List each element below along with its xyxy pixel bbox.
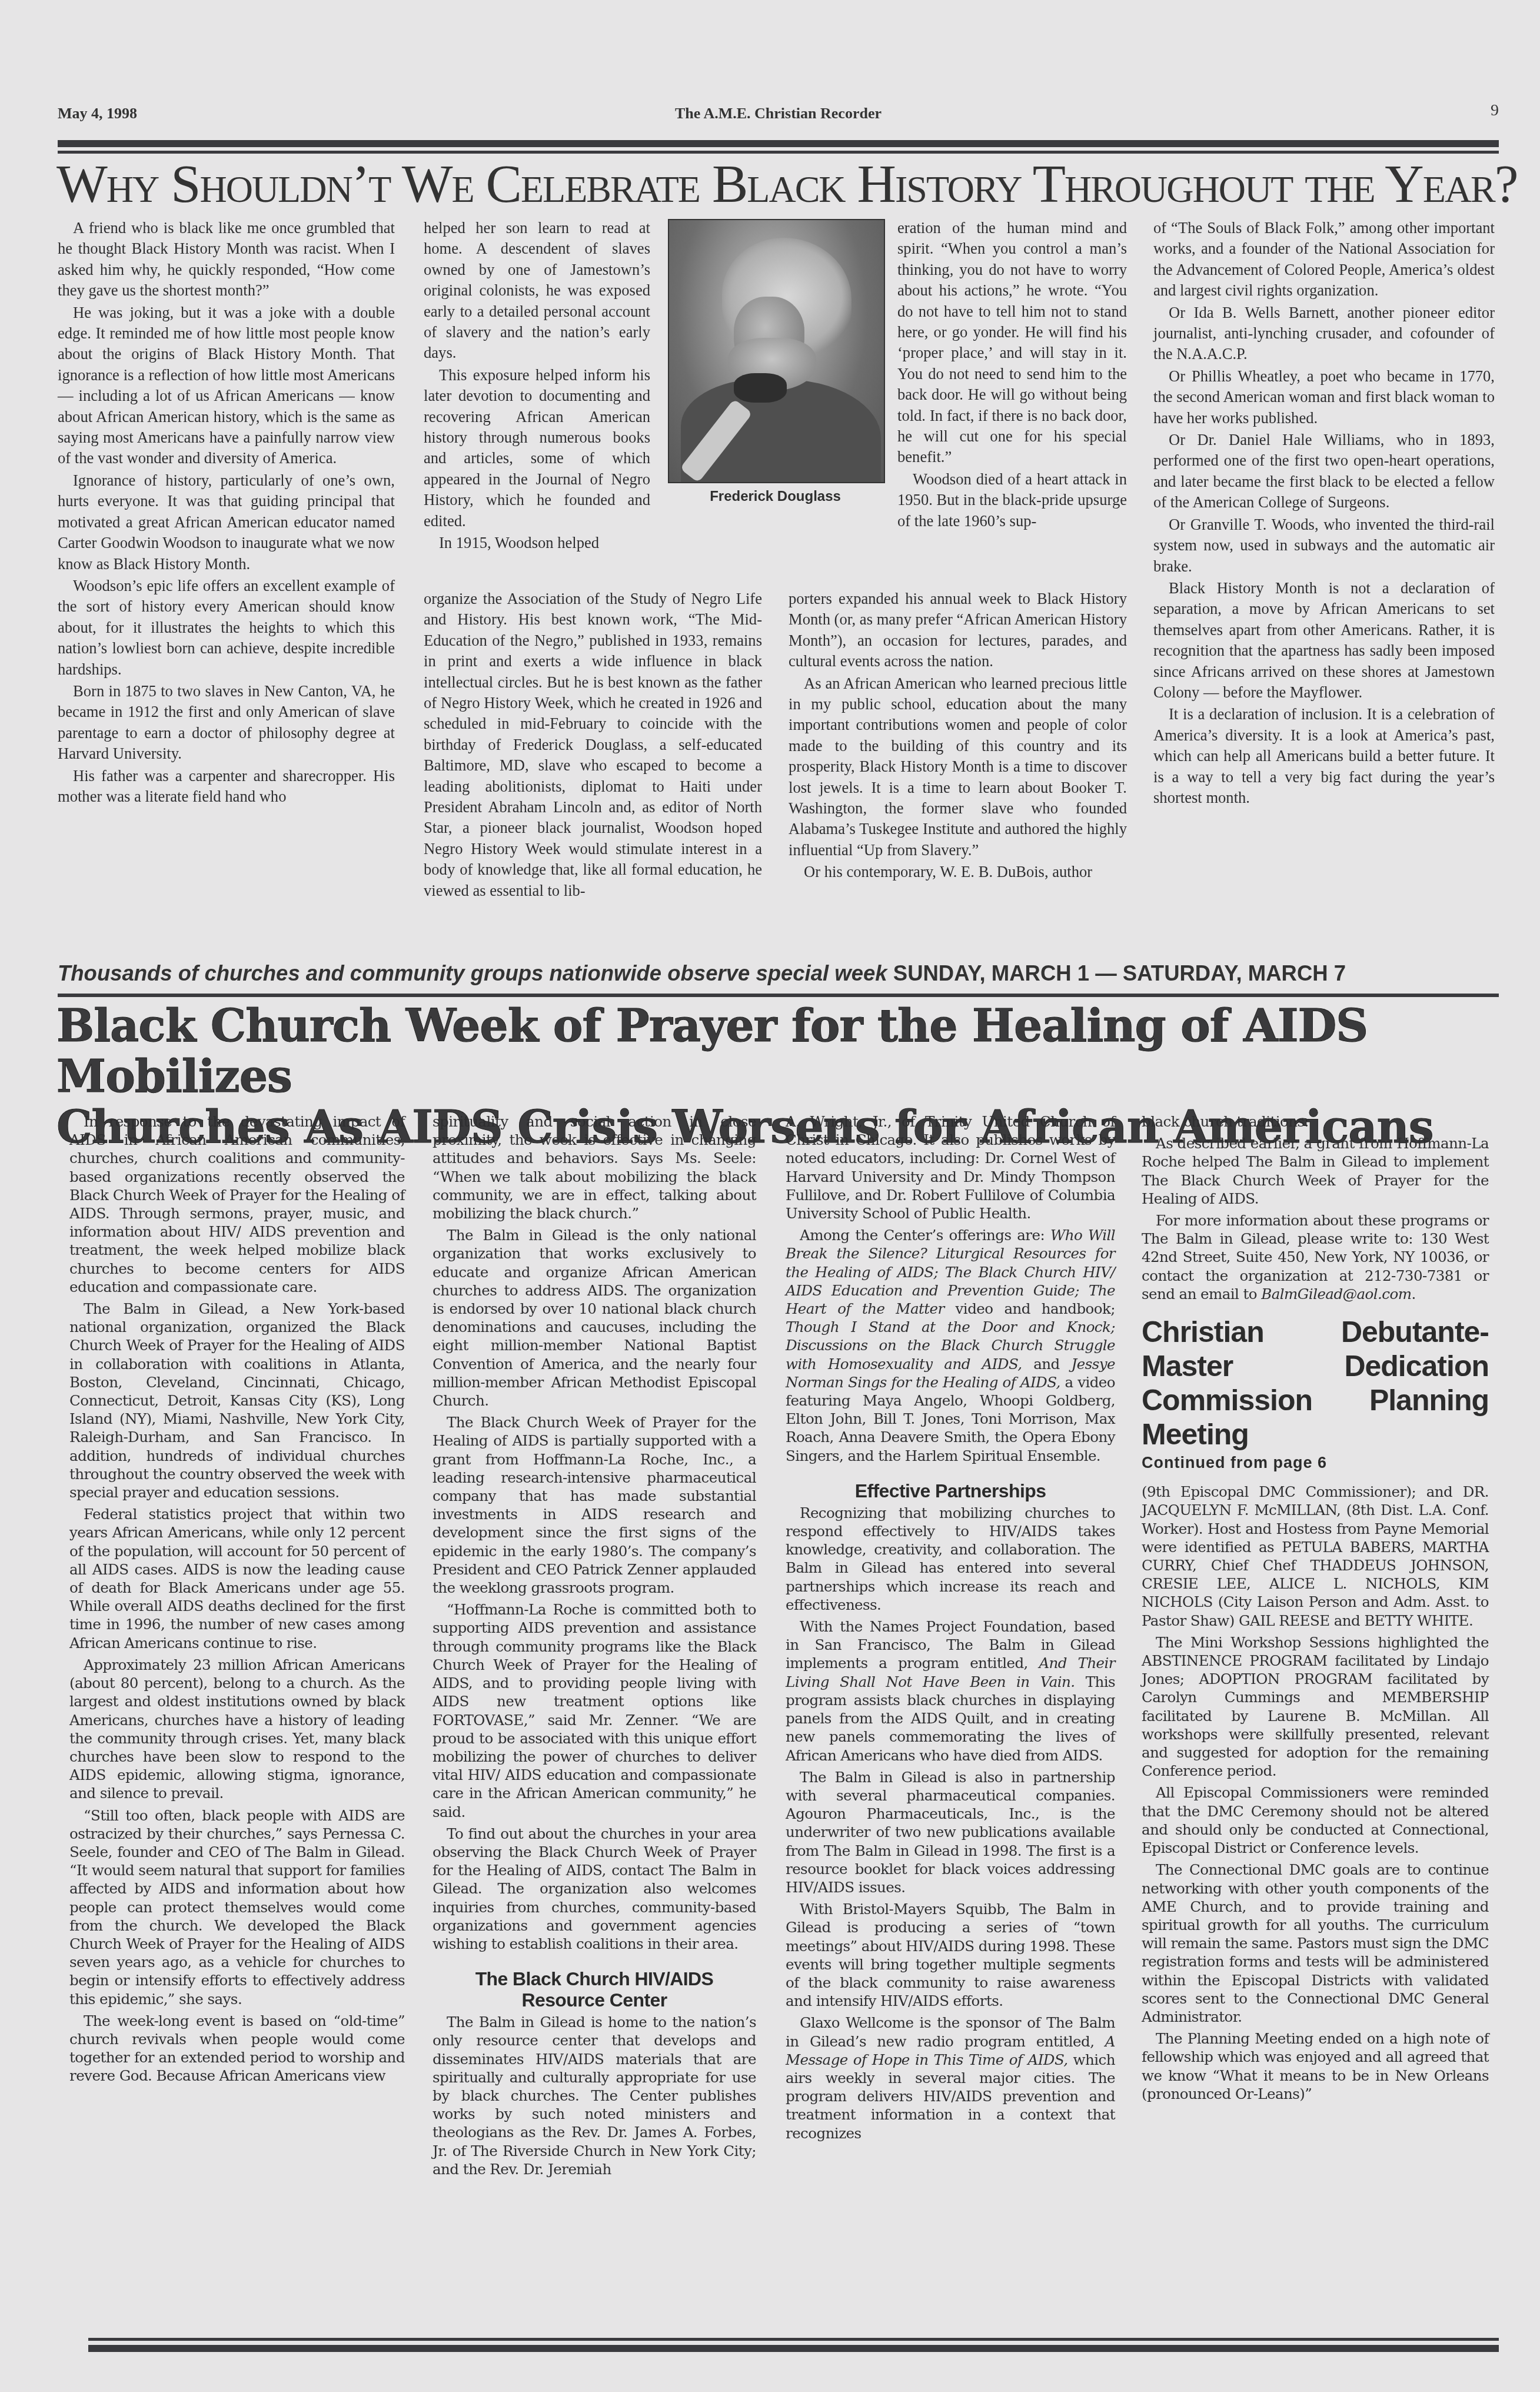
paragraph: To find out about the churches in your a… xyxy=(433,1825,756,1953)
paragraph: A. Wright, Jr., of Trinity United Church… xyxy=(786,1112,1115,1222)
partnerships-subhead: Effective Partnerships xyxy=(786,1480,1115,1501)
paragraph: Born in 1875 to two slaves in New Canton… xyxy=(58,681,395,765)
paragraph: porters expanded his annual week to Blac… xyxy=(789,589,1127,672)
paragraph: “Hoffmann-La Roche is committed both to … xyxy=(433,1600,756,1820)
paragraph: The Balm in Gilead is the only national … xyxy=(433,1226,756,1410)
paragraph: organize the Association of the Study of… xyxy=(424,589,762,901)
paragraph: The Black Church Week of Prayer for the … xyxy=(433,1413,756,1597)
text: and xyxy=(1022,1356,1072,1373)
paragraph: Federal statistics project that within t… xyxy=(69,1505,405,1652)
paragraph: Or Dr. Daniel Hale Williams, who in 1893… xyxy=(1153,430,1495,513)
article1-column-3: eration of the human mind and spirit. “W… xyxy=(897,218,1127,533)
paragraph: This exposure helped inform his later de… xyxy=(424,365,650,531)
text: Among the Center’s offerings are: xyxy=(800,1227,1050,1244)
paragraph: In 1915, Woodson helped xyxy=(424,533,650,553)
running-header: May 4, 1998 The A.M.E. Christian Recorde… xyxy=(58,105,1499,128)
paragraph: Black History Month is not a declaration… xyxy=(1153,578,1495,703)
paragraph: black church traditions. xyxy=(1142,1112,1489,1131)
article1-column-1: A friend who is black like me once grumb… xyxy=(58,218,395,808)
paragraph: Approximately 23 million African America… xyxy=(69,1656,405,1803)
contact-paragraph: For more information about these program… xyxy=(1142,1211,1489,1303)
frederick-douglass-portrait-photo xyxy=(668,219,885,483)
paragraph: The Planning Meeting ended on a high not… xyxy=(1142,2029,1489,2103)
paragraph: He was joking, but it was a joke with a … xyxy=(58,303,395,469)
offerings-paragraph: Among the Center’s offerings are: Who Wi… xyxy=(786,1226,1115,1465)
article1-column-4: of “The Souls of Black Folk,” among othe… xyxy=(1153,218,1495,809)
paragraph: His father was a carpenter and sharecrop… xyxy=(58,766,395,808)
paragraph: Glaxo Wellcome is the sponsor of The Bal… xyxy=(786,2014,1115,2142)
article2-column-2: spirituality and social action in close … xyxy=(433,1112,756,2182)
paragraph: Or Phillis Wheatley, a poet who became i… xyxy=(1153,366,1495,428)
kicker-italic: Thousands of churches and community grou… xyxy=(58,961,887,985)
article3-headline: Christian Debutante-Master Dedication Co… xyxy=(1142,1315,1489,1451)
article1-column-2b: organize the Association of the Study of… xyxy=(424,589,762,902)
paragraph: With Bristol-Mayers Squibb, The Balm in … xyxy=(786,1900,1115,2010)
text: video and handbook; xyxy=(944,1300,1115,1317)
paragraph: The Mini Workshop Sessions highlighted t… xyxy=(1142,1633,1489,1780)
article2-column-4: black church traditions. As described ea… xyxy=(1142,1112,1489,2107)
paragraph: As described earlier, a grant from Hoffm… xyxy=(1142,1134,1489,1208)
paragraph: The week-long event is based on “old-tim… xyxy=(69,2012,405,2085)
paragraph: Or his contemporary, W. E. B. DuBois, au… xyxy=(789,862,1127,882)
paragraph: Or Granville T. Woods, who invented the … xyxy=(1153,514,1495,577)
photo-caption: Frederick Douglass xyxy=(668,489,883,505)
article1-headline: Why Shouldn’t We Celebrate Black History… xyxy=(56,154,1499,213)
paragraph: As an African American who learned preci… xyxy=(789,673,1127,861)
paragraph: Recognizing that mobilizing churches to … xyxy=(786,1504,1115,1614)
paragraph: of “The Souls of Black Folk,” among othe… xyxy=(1153,218,1495,301)
resource-center-subhead: The Black Church HIV/AIDS Resource Cente… xyxy=(433,1968,756,2011)
kicker-rule xyxy=(58,994,1499,997)
footer-rule-thick xyxy=(88,2345,1499,2352)
text: . xyxy=(1411,1285,1415,1303)
paragraph: With the Names Project Foundation, based… xyxy=(786,1617,1115,1765)
paragraph: spirituality and social action in close … xyxy=(433,1112,756,1222)
paragraph: It is a declaration of inclusion. It is … xyxy=(1153,704,1495,808)
paragraph: The Balm in Gilead, a New York-based nat… xyxy=(69,1300,405,1501)
newspaper-page: May 4, 1998 The A.M.E. Christian Recorde… xyxy=(0,0,1540,2392)
article2-column-3: A. Wright, Jr., of Trinity United Church… xyxy=(786,1112,1115,2146)
paragraph: A friend who is black like me once grumb… xyxy=(58,218,395,301)
paragraph: helped her son learn to read at home. A … xyxy=(424,218,650,364)
paragraph: Woodson’s epic life offers an excellent … xyxy=(58,576,395,680)
paragraph: The Balm in Gilead is also in partnershi… xyxy=(786,1768,1115,1896)
header-rule-thick xyxy=(58,140,1499,147)
paragraph: All Episcopal Commissioners were reminde… xyxy=(1142,1783,1489,1857)
text: Glaxo Wellcome is the sponsor of The Bal… xyxy=(786,2014,1115,2049)
publication-name: The A.M.E. Christian Recorder xyxy=(58,105,1499,122)
page-number: 9 xyxy=(1491,101,1499,120)
kicker-dates: SUNDAY, MARCH 1 — SATURDAY, MARCH 7 xyxy=(893,961,1346,985)
headline-line-1: Black Church Week of Prayer for the Heal… xyxy=(56,1001,1505,1102)
paragraph: Woodson died of a heart attack in 1950. … xyxy=(897,469,1127,531)
article1-column-2: helped her son learn to read at home. A … xyxy=(424,218,650,555)
paragraph: In response to the devastating impact of… xyxy=(69,1112,405,1296)
paragraph: (9th Episcopal DMC Commissioner); and DR… xyxy=(1142,1483,1489,1630)
email-address: BalmGilead@aol.com xyxy=(1261,1285,1411,1303)
paragraph: Ignorance of history, particularly of on… xyxy=(58,470,395,574)
footer-rule-thin xyxy=(88,2338,1499,2341)
paragraph: Or Ida B. Wells Barnett, another pioneer… xyxy=(1153,303,1495,365)
article2-column-1: In response to the devastating impact of… xyxy=(69,1112,405,2089)
paragraph: eration of the human mind and spirit. “W… xyxy=(897,218,1127,468)
photo-tie xyxy=(734,373,787,403)
paragraph: The Connectional DMC goals are to contin… xyxy=(1142,1861,1489,2026)
article1-column-3b: porters expanded his annual week to Blac… xyxy=(789,589,1127,884)
continued-from-line: Continued from page 6 xyxy=(1142,1454,1489,1472)
article2-kicker: Thousands of churches and community grou… xyxy=(58,961,1499,986)
paragraph: The Balm in Gilead is home to the nation… xyxy=(433,2013,756,2178)
paragraph: “Still too often, black people with AIDS… xyxy=(69,1806,405,2008)
